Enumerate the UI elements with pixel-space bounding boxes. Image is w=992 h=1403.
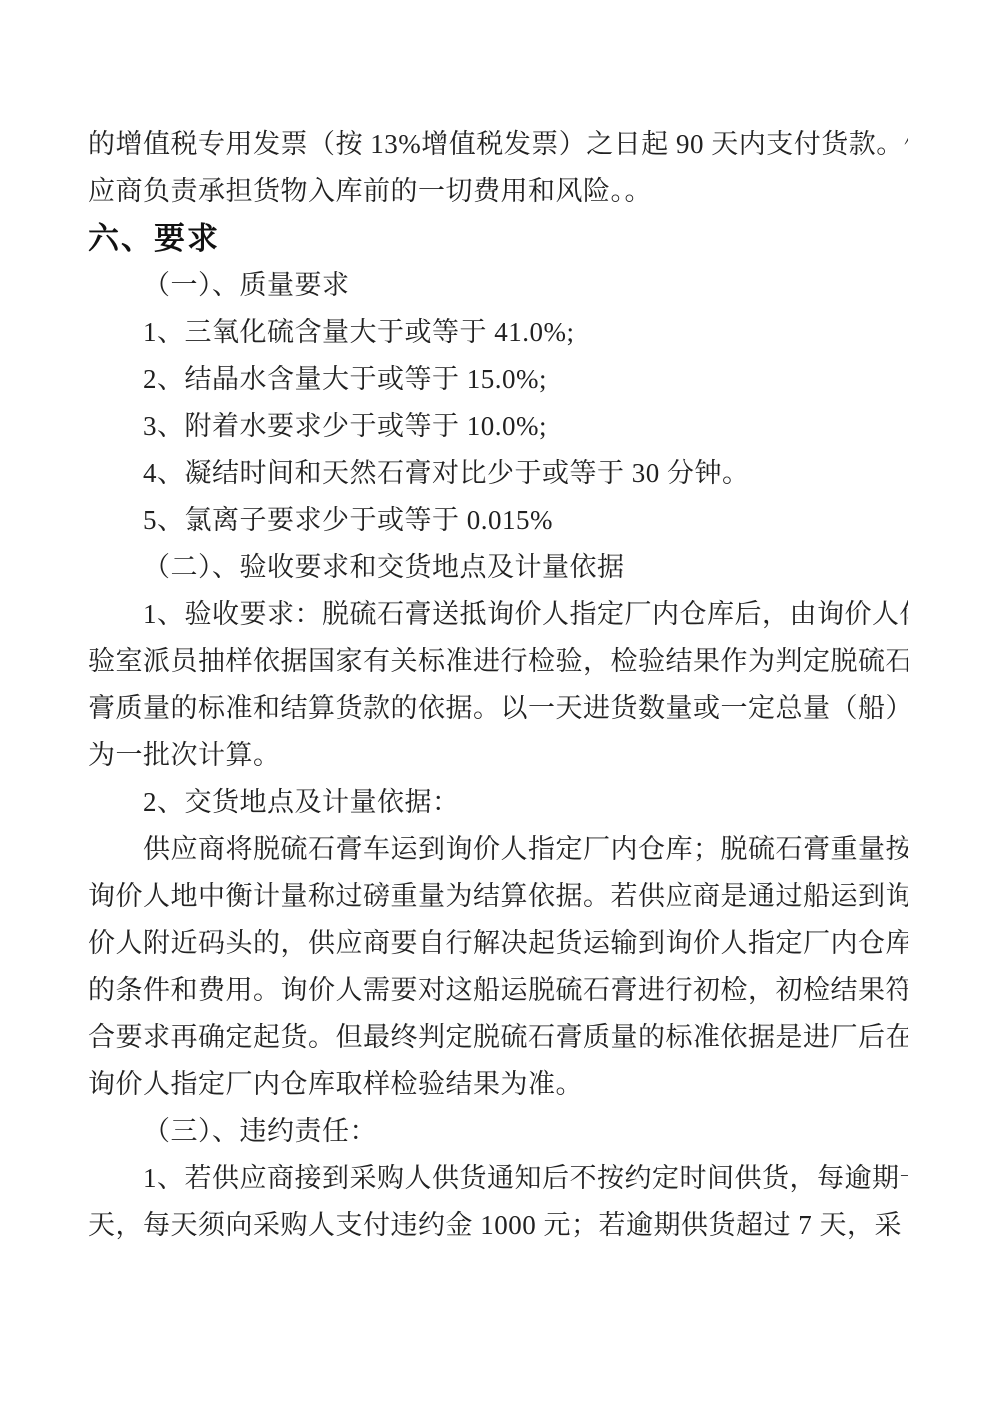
document-line: 3、附着水要求少于或等于 10.0%; bbox=[88, 403, 908, 450]
document-line: 1、三氧化硫含量大于或等于 41.0%; bbox=[88, 309, 908, 356]
document-line: 天，每天须向采购人支付违约金 1000 元；若逾期供货超过 7 天，采 bbox=[88, 1202, 908, 1249]
document-line: 为一批次计算。 bbox=[88, 732, 908, 779]
document-line: （三）、违约责任： bbox=[88, 1108, 908, 1155]
document-line: 的增值税专用发票（按 13%增值税发票）之日起 90 天内支付货款。供 bbox=[88, 121, 908, 168]
document-line: 的条件和费用。询价人需要对这船运脱硫石膏进行初检，初检结果符 bbox=[88, 967, 908, 1014]
document-line: 供应商将脱硫石膏车运到询价人指定厂内仓库；脱硫石膏重量按 bbox=[88, 826, 908, 873]
document-line: 膏质量的标准和结算货款的依据。以一天进货数量或一定总量（船） bbox=[88, 685, 908, 732]
document-line: 价人附近码头的，供应商要自行解决起货运输到询价人指定厂内仓库 bbox=[88, 920, 908, 967]
document-page: 的增值税专用发票（按 13%增值税发票）之日起 90 天内支付货款。供应商负责承… bbox=[0, 0, 992, 1403]
document-line: 合要求再确定起货。但最终判定脱硫石膏质量的标准依据是进厂后在 bbox=[88, 1014, 908, 1061]
document-line: 询价人地中衡计量称过磅重量为结算依据。若供应商是通过船运到询 bbox=[88, 873, 908, 920]
document-line: 1、若供应商接到采购人供货通知后不按约定时间供货，每逾期一 bbox=[88, 1155, 908, 1202]
document-line: 4、凝结时间和天然石膏对比少于或等于 30 分钟。 bbox=[88, 450, 908, 497]
document-line: （一）、质量要求 bbox=[88, 262, 908, 309]
document-line: 询价人指定厂内仓库取样检验结果为准。 bbox=[88, 1061, 908, 1108]
document-line: 验室派员抽样依据国家有关标准进行检验，检验结果作为判定脱硫石 bbox=[88, 638, 908, 685]
document-line: 2、交货地点及计量依据： bbox=[88, 779, 908, 826]
document-line: 5、氯离子要求少于或等于 0.015% bbox=[88, 497, 908, 544]
document-line: （二）、验收要求和交货地点及计量依据 bbox=[88, 544, 908, 591]
document-line: 1、验收要求：脱硫石膏送抵询价人指定厂内仓库后，由询价人化 bbox=[88, 591, 908, 638]
section-heading: 六、要求 bbox=[88, 215, 908, 262]
document-body: 的增值税专用发票（按 13%增值税发票）之日起 90 天内支付货款。供应商负责承… bbox=[88, 121, 908, 1249]
document-line: 2、结晶水含量大于或等于 15.0%; bbox=[88, 356, 908, 403]
document-line: 应商负责承担货物入库前的一切费用和风险。。 bbox=[88, 168, 908, 215]
